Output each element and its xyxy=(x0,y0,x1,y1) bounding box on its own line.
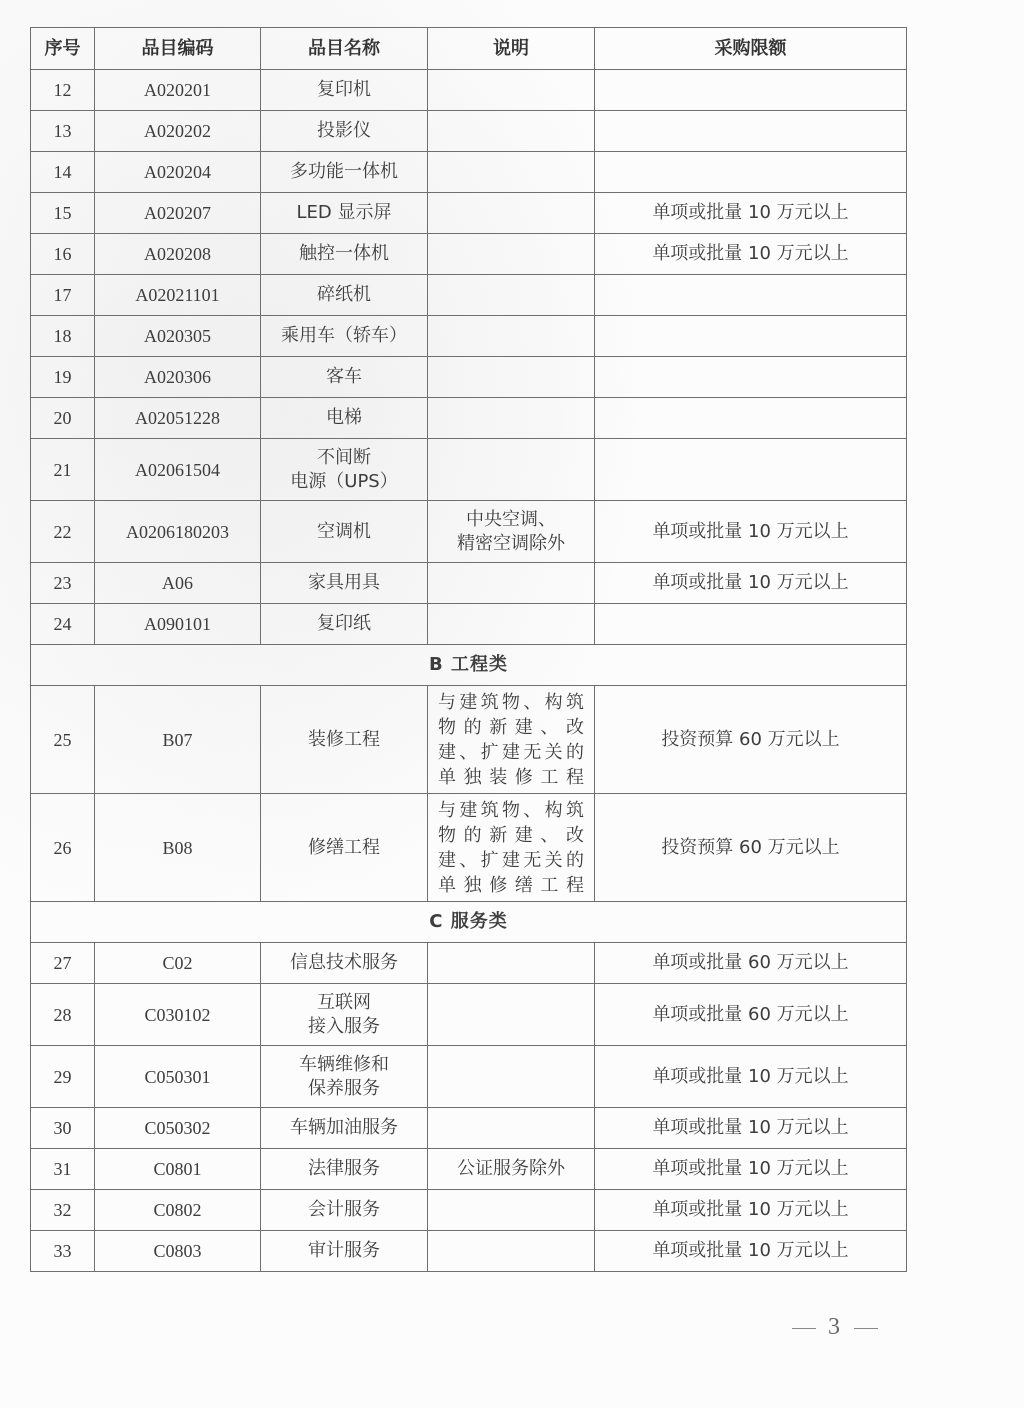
cell-name: 客车 xyxy=(261,357,428,398)
header-note: 说明 xyxy=(428,28,595,70)
cell-note xyxy=(428,234,595,275)
table-row: 29 C050301 车辆维修和 保养服务 单项或批量 10 万元以上 xyxy=(31,1046,907,1108)
table-row: 33 C0803 审计服务 单项或批量 10 万元以上 xyxy=(31,1231,907,1272)
table-row: 17 A02021101 碎纸机 xyxy=(31,275,907,316)
cell-seq: 33 xyxy=(31,1231,95,1272)
cell-name: 家具用具 xyxy=(261,563,428,604)
cell-seq: 32 xyxy=(31,1190,95,1231)
cell-limit xyxy=(595,316,907,357)
procurement-catalog-table: 序号 品目编码 品目名称 说明 采购限额 12 A020201 复印机 13 A… xyxy=(30,27,907,1272)
cell-limit xyxy=(595,604,907,645)
header-limit: 采购限额 xyxy=(595,28,907,70)
table-row: 31 C0801 法律服务 公证服务除外 单项或批量 10 万元以上 xyxy=(31,1149,907,1190)
table-row: 16 A020208 触控一体机 单项或批量 10 万元以上 xyxy=(31,234,907,275)
cell-seq: 19 xyxy=(31,357,95,398)
cell-note xyxy=(428,1108,595,1149)
cell-note xyxy=(428,604,595,645)
cell-limit: 单项或批量 60 万元以上 xyxy=(595,943,907,984)
cell-name: LED 显示屏 xyxy=(261,193,428,234)
cell-code: A020306 xyxy=(95,357,261,398)
cell-name-line: 不间断 xyxy=(261,446,427,470)
cell-code: B08 xyxy=(95,794,261,902)
cell-name: 复印机 xyxy=(261,70,428,111)
table-row: 27 C02 信息技术服务 单项或批量 60 万元以上 xyxy=(31,943,907,984)
cell-limit xyxy=(595,152,907,193)
cell-code: C0801 xyxy=(95,1149,261,1190)
cell-code: A090101 xyxy=(95,604,261,645)
table-row: 26 B08 修缮工程 与建筑物、构筑 物的新建、改 建、扩建无关的 单独修缮工… xyxy=(31,794,907,902)
header-name: 品目名称 xyxy=(261,28,428,70)
cell-seq: 29 xyxy=(31,1046,95,1108)
table-row: 21 A02061504 不间断 电源（UPS） xyxy=(31,439,907,501)
cell-limit xyxy=(595,398,907,439)
cell-name-line: 保养服务 xyxy=(261,1077,427,1101)
cell-note-line: 与建筑物、构筑 xyxy=(438,690,584,715)
cell-name-line: 互联网 xyxy=(261,991,427,1015)
cell-seq: 12 xyxy=(31,70,95,111)
table-row: 28 C030102 互联网 接入服务 单项或批量 60 万元以上 xyxy=(31,984,907,1046)
page-number: 3 xyxy=(780,1314,890,1341)
cell-note xyxy=(428,1190,595,1231)
table-header-row: 序号 品目编码 品目名称 说明 采购限额 xyxy=(31,28,907,70)
cell-name: 信息技术服务 xyxy=(261,943,428,984)
cell-seq: 20 xyxy=(31,398,95,439)
table-row: 23 A06 家具用具 单项或批量 10 万元以上 xyxy=(31,563,907,604)
cell-seq: 23 xyxy=(31,563,95,604)
cell-limit: 单项或批量 10 万元以上 xyxy=(595,1231,907,1272)
cell-name: 车辆加油服务 xyxy=(261,1108,428,1149)
section-row-services: C 服务类 xyxy=(31,902,907,943)
cell-limit xyxy=(595,70,907,111)
cell-name: 乘用车（轿车） xyxy=(261,316,428,357)
section-row-engineering: B 工程类 xyxy=(31,645,907,686)
cell-code: A020204 xyxy=(95,152,261,193)
cell-code: A020201 xyxy=(95,70,261,111)
table-row: 15 A020207 LED 显示屏 单项或批量 10 万元以上 xyxy=(31,193,907,234)
cell-note-line: 建、扩建无关的 xyxy=(438,740,584,765)
cell-note-line: 建、扩建无关的 xyxy=(438,848,584,873)
cell-name: 装修工程 xyxy=(261,686,428,794)
cell-note: 中央空调、 精密空调除外 xyxy=(428,501,595,563)
cell-note: 与建筑物、构筑 物的新建、改 建、扩建无关的 单独修缮工程 xyxy=(428,794,595,902)
cell-limit: 单项或批量 10 万元以上 xyxy=(595,1108,907,1149)
cell-seq: 18 xyxy=(31,316,95,357)
cell-code: A020207 xyxy=(95,193,261,234)
cell-seq: 14 xyxy=(31,152,95,193)
table-row: 19 A020306 客车 xyxy=(31,357,907,398)
cell-limit xyxy=(595,357,907,398)
table-row: 32 C0802 会计服务 单项或批量 10 万元以上 xyxy=(31,1190,907,1231)
cell-limit: 单项或批量 10 万元以上 xyxy=(595,1190,907,1231)
table-row: 13 A020202 投影仪 xyxy=(31,111,907,152)
header-seq: 序号 xyxy=(31,28,95,70)
cell-limit: 单项或批量 10 万元以上 xyxy=(595,234,907,275)
section-title: C 服务类 xyxy=(31,902,907,943)
cell-seq: 25 xyxy=(31,686,95,794)
cell-note xyxy=(428,563,595,604)
cell-note xyxy=(428,111,595,152)
cell-name: 触控一体机 xyxy=(261,234,428,275)
section-title: B 工程类 xyxy=(31,645,907,686)
cell-name-line: 接入服务 xyxy=(261,1015,427,1039)
cell-limit xyxy=(595,439,907,501)
cell-note xyxy=(428,70,595,111)
cell-note xyxy=(428,1231,595,1272)
cell-code: C030102 xyxy=(95,984,261,1046)
cell-seq: 28 xyxy=(31,984,95,1046)
cell-seq: 27 xyxy=(31,943,95,984)
cell-seq: 15 xyxy=(31,193,95,234)
cell-name: 投影仪 xyxy=(261,111,428,152)
cell-code: C050302 xyxy=(95,1108,261,1149)
table-row: 22 A0206180203 空调机 中央空调、 精密空调除外 单项或批量 10… xyxy=(31,501,907,563)
cell-note: 公证服务除外 xyxy=(428,1149,595,1190)
cell-note-line: 单独修缮工程 xyxy=(438,873,584,898)
cell-seq: 31 xyxy=(31,1149,95,1190)
page-number-value: 3 xyxy=(828,1314,842,1340)
cell-seq: 21 xyxy=(31,439,95,501)
cell-note xyxy=(428,1046,595,1108)
cell-name: 会计服务 xyxy=(261,1190,428,1231)
cell-name: 修缮工程 xyxy=(261,794,428,902)
cell-note-line: 物的新建、改 xyxy=(438,823,584,848)
cell-code: A020202 xyxy=(95,111,261,152)
table-row: 20 A02051228 电梯 xyxy=(31,398,907,439)
cell-name-line: 电源（UPS） xyxy=(261,470,427,494)
cell-code: A06 xyxy=(95,563,261,604)
cell-note xyxy=(428,193,595,234)
cell-note xyxy=(428,152,595,193)
cell-note xyxy=(428,275,595,316)
cell-code: C02 xyxy=(95,943,261,984)
table-row: 25 B07 装修工程 与建筑物、构筑 物的新建、改 建、扩建无关的 单独装修工… xyxy=(31,686,907,794)
cell-seq: 22 xyxy=(31,501,95,563)
page-number-dash-right xyxy=(854,1328,878,1329)
table-row: 24 A090101 复印纸 xyxy=(31,604,907,645)
table-row: 18 A020305 乘用车（轿车） xyxy=(31,316,907,357)
cell-code: A0206180203 xyxy=(95,501,261,563)
cell-name: 多功能一体机 xyxy=(261,152,428,193)
cell-code: B07 xyxy=(95,686,261,794)
cell-name: 审计服务 xyxy=(261,1231,428,1272)
cell-note xyxy=(428,357,595,398)
cell-limit: 单项或批量 10 万元以上 xyxy=(595,193,907,234)
cell-seq: 17 xyxy=(31,275,95,316)
cell-code: A02021101 xyxy=(95,275,261,316)
header-code: 品目编码 xyxy=(95,28,261,70)
cell-name: 车辆维修和 保养服务 xyxy=(261,1046,428,1108)
cell-limit: 投资预算 60 万元以上 xyxy=(595,686,907,794)
cell-name: 碎纸机 xyxy=(261,275,428,316)
table-row: 14 A020204 多功能一体机 xyxy=(31,152,907,193)
cell-limit xyxy=(595,111,907,152)
cell-code: A02061504 xyxy=(95,439,261,501)
cell-code: A020208 xyxy=(95,234,261,275)
page-number-dash-left xyxy=(792,1328,816,1329)
cell-limit: 单项或批量 10 万元以上 xyxy=(595,1046,907,1108)
cell-limit xyxy=(595,275,907,316)
cell-name: 电梯 xyxy=(261,398,428,439)
cell-note: 与建筑物、构筑 物的新建、改 建、扩建无关的 单独装修工程 xyxy=(428,686,595,794)
cell-note-line: 与建筑物、构筑 xyxy=(438,798,584,823)
cell-name: 复印纸 xyxy=(261,604,428,645)
cell-note-line: 单独装修工程 xyxy=(438,765,584,790)
cell-note-line: 物的新建、改 xyxy=(438,715,584,740)
cell-limit: 单项或批量 60 万元以上 xyxy=(595,984,907,1046)
cell-code: C0802 xyxy=(95,1190,261,1231)
cell-code: A020305 xyxy=(95,316,261,357)
cell-code: C050301 xyxy=(95,1046,261,1108)
cell-limit: 单项或批量 10 万元以上 xyxy=(595,1149,907,1190)
cell-note-line: 精密空调除外 xyxy=(428,532,594,556)
table-row: 12 A020201 复印机 xyxy=(31,70,907,111)
cell-note xyxy=(428,943,595,984)
table-row: 30 C050302 车辆加油服务 单项或批量 10 万元以上 xyxy=(31,1108,907,1149)
cell-note xyxy=(428,398,595,439)
cell-name-line: 车辆维修和 xyxy=(261,1053,427,1077)
cell-name: 空调机 xyxy=(261,501,428,563)
cell-name: 法律服务 xyxy=(261,1149,428,1190)
cell-seq: 16 xyxy=(31,234,95,275)
cell-seq: 13 xyxy=(31,111,95,152)
cell-seq: 26 xyxy=(31,794,95,902)
cell-seq: 30 xyxy=(31,1108,95,1149)
cell-code: C0803 xyxy=(95,1231,261,1272)
cell-note xyxy=(428,439,595,501)
cell-limit: 单项或批量 10 万元以上 xyxy=(595,563,907,604)
cell-note xyxy=(428,984,595,1046)
cell-name: 互联网 接入服务 xyxy=(261,984,428,1046)
cell-seq: 24 xyxy=(31,604,95,645)
cell-note xyxy=(428,316,595,357)
cell-note-line: 中央空调、 xyxy=(428,508,594,532)
cell-code: A02051228 xyxy=(95,398,261,439)
cell-name: 不间断 电源（UPS） xyxy=(261,439,428,501)
cell-limit: 投资预算 60 万元以上 xyxy=(595,794,907,902)
cell-limit: 单项或批量 10 万元以上 xyxy=(595,501,907,563)
